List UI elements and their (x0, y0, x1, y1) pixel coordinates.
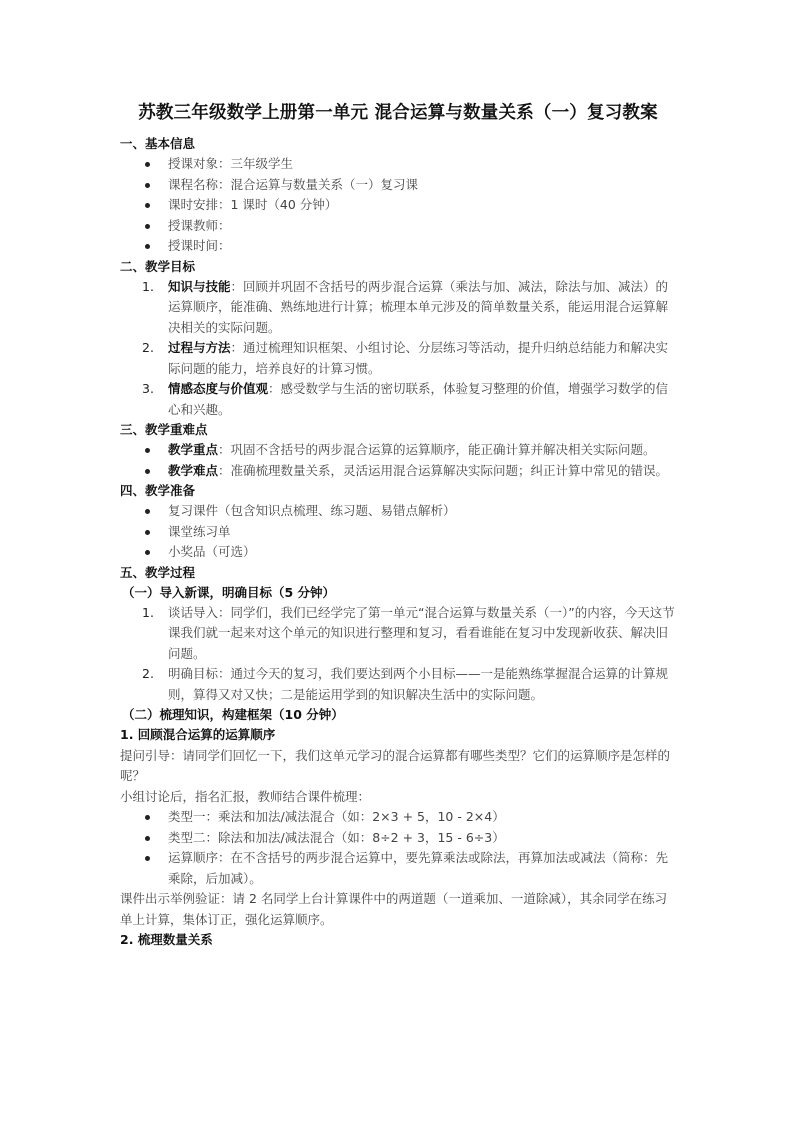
bullet-icon (145, 469, 150, 474)
key-points-list: 教学重点：巩固不含括号的两步混合运算的运算顺序，能正确计算并解决相关实际问题。 … (120, 440, 676, 481)
list-item: 2.明确目标：通过今天的复习，我们要达到两个小目标——一是能熟练掌握混合运算的计… (120, 664, 676, 705)
list-item: 1.谈话导入：同学们，我们已经学完了第一单元“混合运算与数量关系（一）”的内容，… (120, 603, 676, 665)
list-item: 运算顺序：在不含括号的两步混合运算中，要先算乘法或除法，再算加法或减法（简称：先… (120, 848, 676, 889)
list-item: 教学重点：巩固不含括号的两步混合运算的运算顺序，能正确计算并解决相关实际问题。 (120, 440, 676, 461)
bullet-icon (145, 550, 150, 555)
sub-heading-quantity-relations: 2. 梳理数量关系 (120, 930, 676, 951)
paragraph-question: 提问引导：请同学们回忆一下，我们这单元学习的混合运算都有哪些类型？它们的运算顺序… (120, 746, 676, 787)
basic-info-list: 授课对象：三年级学生 课程名称：混合运算与数量关系（一）复习课 课时安排：1 课… (120, 154, 676, 257)
bullet-icon (145, 509, 150, 514)
list-item: 复习课件（包含知识点梳理、练习题、易错点解析） (120, 501, 676, 522)
bullet-icon (145, 815, 150, 820)
bullet-icon (145, 224, 150, 229)
operation-types-list: 类型一：乘法和加法/减法混合（如：2×3 + 5，10 - 2×4） 类型二：除… (120, 807, 676, 889)
intro-list: 1.谈话导入：同学们，我们已经学完了第一单元“混合运算与数量关系（一）”的内容，… (120, 603, 676, 706)
subsection-heading-knowledge: （二）梳理知识，构建框架（10 分钟） (122, 705, 676, 725)
preparation-list: 复习课件（包含知识点梳理、练习题、易错点解析） 课堂练习单 小奖品（可选） (120, 501, 676, 563)
section-heading-preparation: 四、教学准备 (120, 481, 676, 501)
paragraph-verification: 课件出示举例验证：请 2 名同学上台计算课件中的两道题（一道乘加、一道除减），其… (120, 889, 676, 930)
bullet-icon (145, 244, 150, 249)
document-page: 苏教三年级数学上册第一单元 混合运算与数量关系（一）复习教案 一、基本信息 授课… (120, 100, 676, 951)
goals-list: 1.知识与技能：回顾并巩固不含括号的两步混合运算（乘法与加、减法，除法与加、减法… (120, 277, 676, 421)
sub-heading-operation-order: 1. 回顾混合运算的运算顺序 (120, 725, 676, 746)
bullet-icon (145, 530, 150, 535)
section-heading-goals: 二、教学目标 (120, 257, 676, 277)
list-item: 2.过程与方法：通过梳理知识框架、小组讨论、分层练习等活动，提升归纳总结能力和解… (120, 338, 676, 379)
bullet-icon (145, 836, 150, 841)
section-heading-process: 五、教学过程 (120, 563, 676, 583)
bullet-icon (145, 203, 150, 208)
list-item: 授课教师： (120, 216, 676, 237)
list-item: 课堂练习单 (120, 522, 676, 543)
list-item: 类型二：除法和加法/减法混合（如：8÷2 + 3，15 - 6÷3） (120, 828, 676, 849)
bullet-icon (145, 448, 150, 453)
section-heading-key-points: 三、教学重难点 (120, 420, 676, 440)
bullet-icon (145, 856, 150, 861)
list-item: 课程名称：混合运算与数量关系（一）复习课 (120, 175, 676, 196)
list-item: 授课对象：三年级学生 (120, 154, 676, 175)
subsection-heading-intro: （一）导入新课，明确目标（5 分钟） (122, 583, 676, 603)
list-item: 授课时间： (120, 236, 676, 257)
bullet-icon (145, 183, 150, 188)
paragraph-discussion: 小组讨论后，指名汇报，教师结合课件梳理： (120, 787, 676, 808)
list-item: 教学难点：准确梳理数量关系，灵活运用混合运算解决实际问题；纠正计算中常见的错误。 (120, 461, 676, 482)
section-heading-basic-info: 一、基本信息 (120, 134, 676, 154)
list-item: 小奖品（可选） (120, 542, 676, 563)
document-title: 苏教三年级数学上册第一单元 混合运算与数量关系（一）复习教案 (110, 100, 686, 126)
list-item: 类型一：乘法和加法/减法混合（如：2×3 + 5，10 - 2×4） (120, 807, 676, 828)
list-item: 1.知识与技能：回顾并巩固不含括号的两步混合运算（乘法与加、减法，除法与加、减法… (120, 277, 676, 339)
bullet-icon (145, 162, 150, 167)
list-item: 3.情感态度与价值观：感受数学与生活的密切联系，体验复习整理的价值，增强学习数学… (120, 379, 676, 420)
list-item: 课时安排：1 课时（40 分钟） (120, 195, 676, 216)
